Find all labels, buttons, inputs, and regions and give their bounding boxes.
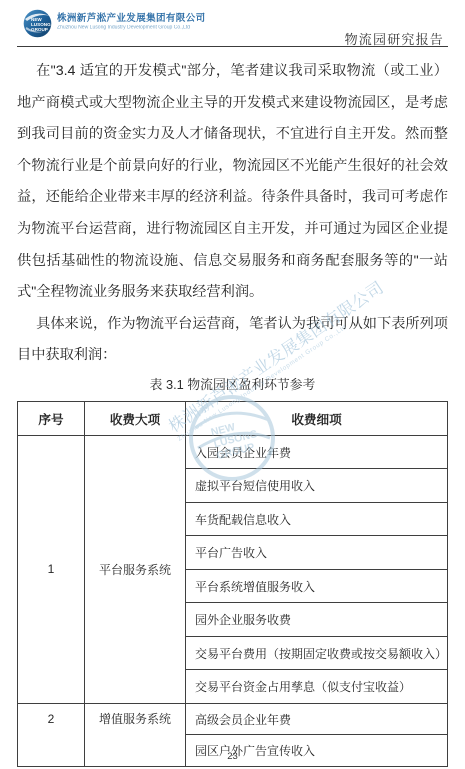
column-header-no: 序号 [18,401,85,435]
company-name: 株洲新芦淞产业发展集团有限公司 [57,13,206,24]
fee-category: 平台服务系统 [85,435,186,703]
fee-category: 增值服务系统 [85,703,186,766]
header-divider [17,46,448,47]
company-text-block: 株洲新芦淞产业发展集团有限公司 Zhuzhou New Lusong Indus… [57,9,206,31]
paragraph: 在"3.4 适宜的开发模式"部分，笔者建议我司采取物流（或工业）地产商模式或大型… [17,56,448,309]
table-header-row: 序号 收费大项 收费细项 [18,401,448,435]
fee-item: 园外企业服务收费 [186,603,448,637]
table-row: 1 平台服务系统 入园会员企业年费 [18,435,448,469]
row-no: 2 [18,703,85,766]
company-logo-icon: NEW LUSONG GROUP [23,9,52,38]
table-row: 2 增值服务系统 高级会员企业年费 [18,703,448,735]
fee-item: 园区户外广告宣传收入 [186,735,448,767]
column-header-item: 收费细项 [186,401,448,435]
fee-item: 虚拟平台短信使用收入 [186,469,448,503]
table-caption: 表 3.1 物流园区盈利环节参考 [17,375,448,395]
profit-table: 序号 收费大项 收费细项 1 平台服务系统 入园会员企业年费 虚拟平台短信使用收… [17,401,448,767]
logo-text: GROUP [31,27,48,32]
content: 在"3.4 适宜的开发模式"部分，笔者建议我司采取物流（或工业）地产商模式或大型… [17,56,448,767]
company-name-en: Zhuzhou New Lusong Industry Development … [57,25,194,31]
column-header-category: 收费大项 [85,401,186,435]
fee-item: 车货配载信息收入 [186,502,448,536]
report-page: NEW LUSONG GROUP 株洲新芦淞产业发展集团有限公司 Zhuzhou… [0,0,465,769]
fee-item: 平台广告收入 [186,536,448,570]
fee-item: 入园会员企业年费 [186,435,448,469]
row-no: 1 [18,435,85,703]
header: NEW LUSONG GROUP 株洲新芦淞产业发展集团有限公司 Zhuzhou… [23,9,206,38]
fee-item: 高级会员企业年费 [186,703,448,735]
fee-item: 平台系统增值服务收入 [186,569,448,603]
paragraph: 具体来说，作为物流平台运营商，笔者认为我司可从如下表所列项目中获取利润： [17,309,448,372]
fee-item: 交易平台费用（按期固定收费或按交易额收入） [186,636,448,670]
fee-item: 交易平台资金占用孳息（似支付宝收益） [186,670,448,704]
